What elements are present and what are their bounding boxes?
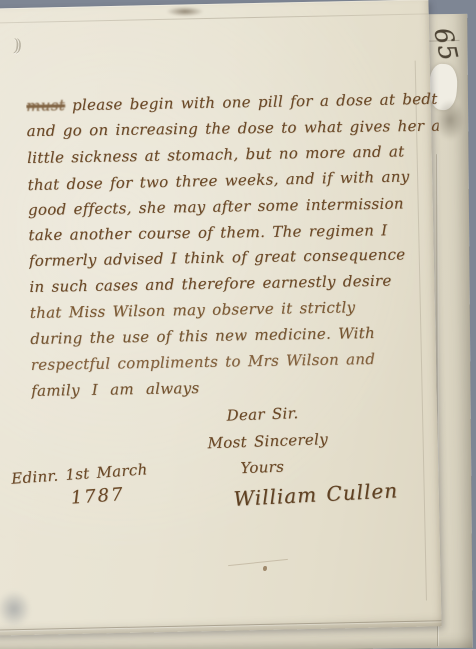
manuscript-line: and go on increasing the dose to what gi… bbox=[26, 114, 438, 145]
manuscript-line: take another course of them. The regimen… bbox=[28, 217, 440, 249]
line-text: good effects, she may after some intermi… bbox=[28, 194, 404, 219]
line-text: family I am always bbox=[31, 379, 200, 400]
line-text: that dose for two three weeks, and if wi… bbox=[27, 167, 409, 194]
letter-closing: Dear Sir. Most Sincerely Yours William C… bbox=[206, 397, 398, 512]
line-text: in such cases and therefore earnestly de… bbox=[29, 272, 392, 296]
struck-word: must bbox=[26, 96, 65, 115]
line-text: that Miss Wilson may observe it strictly bbox=[30, 299, 356, 323]
manuscript-scan: 65 )) mustplease begin with one pill for… bbox=[0, 0, 476, 649]
stain bbox=[0, 585, 36, 633]
line-text: formerly advised I think of great conseq… bbox=[29, 246, 406, 271]
line-text: take another course of them. The regimen… bbox=[28, 221, 387, 244]
line-text: respectful compliments to Mrs Wilson and bbox=[31, 350, 376, 374]
line-text: little sickness at stomach, but no more … bbox=[27, 142, 405, 167]
closing-yours: Yours bbox=[240, 450, 398, 482]
line-text: and go on increasing the dose to what gi… bbox=[27, 117, 441, 140]
letter-body: mustplease begin with one pill for a dos… bbox=[26, 87, 443, 405]
letter-dateline: Edinr. 1st March 1787 bbox=[10, 457, 149, 514]
line-text: during the use of this new medicine. Wit… bbox=[30, 324, 375, 348]
ink-stain bbox=[160, 5, 210, 18]
line-text: please begin with one pill for a dose at… bbox=[72, 89, 444, 114]
crease-line bbox=[0, 13, 429, 23]
